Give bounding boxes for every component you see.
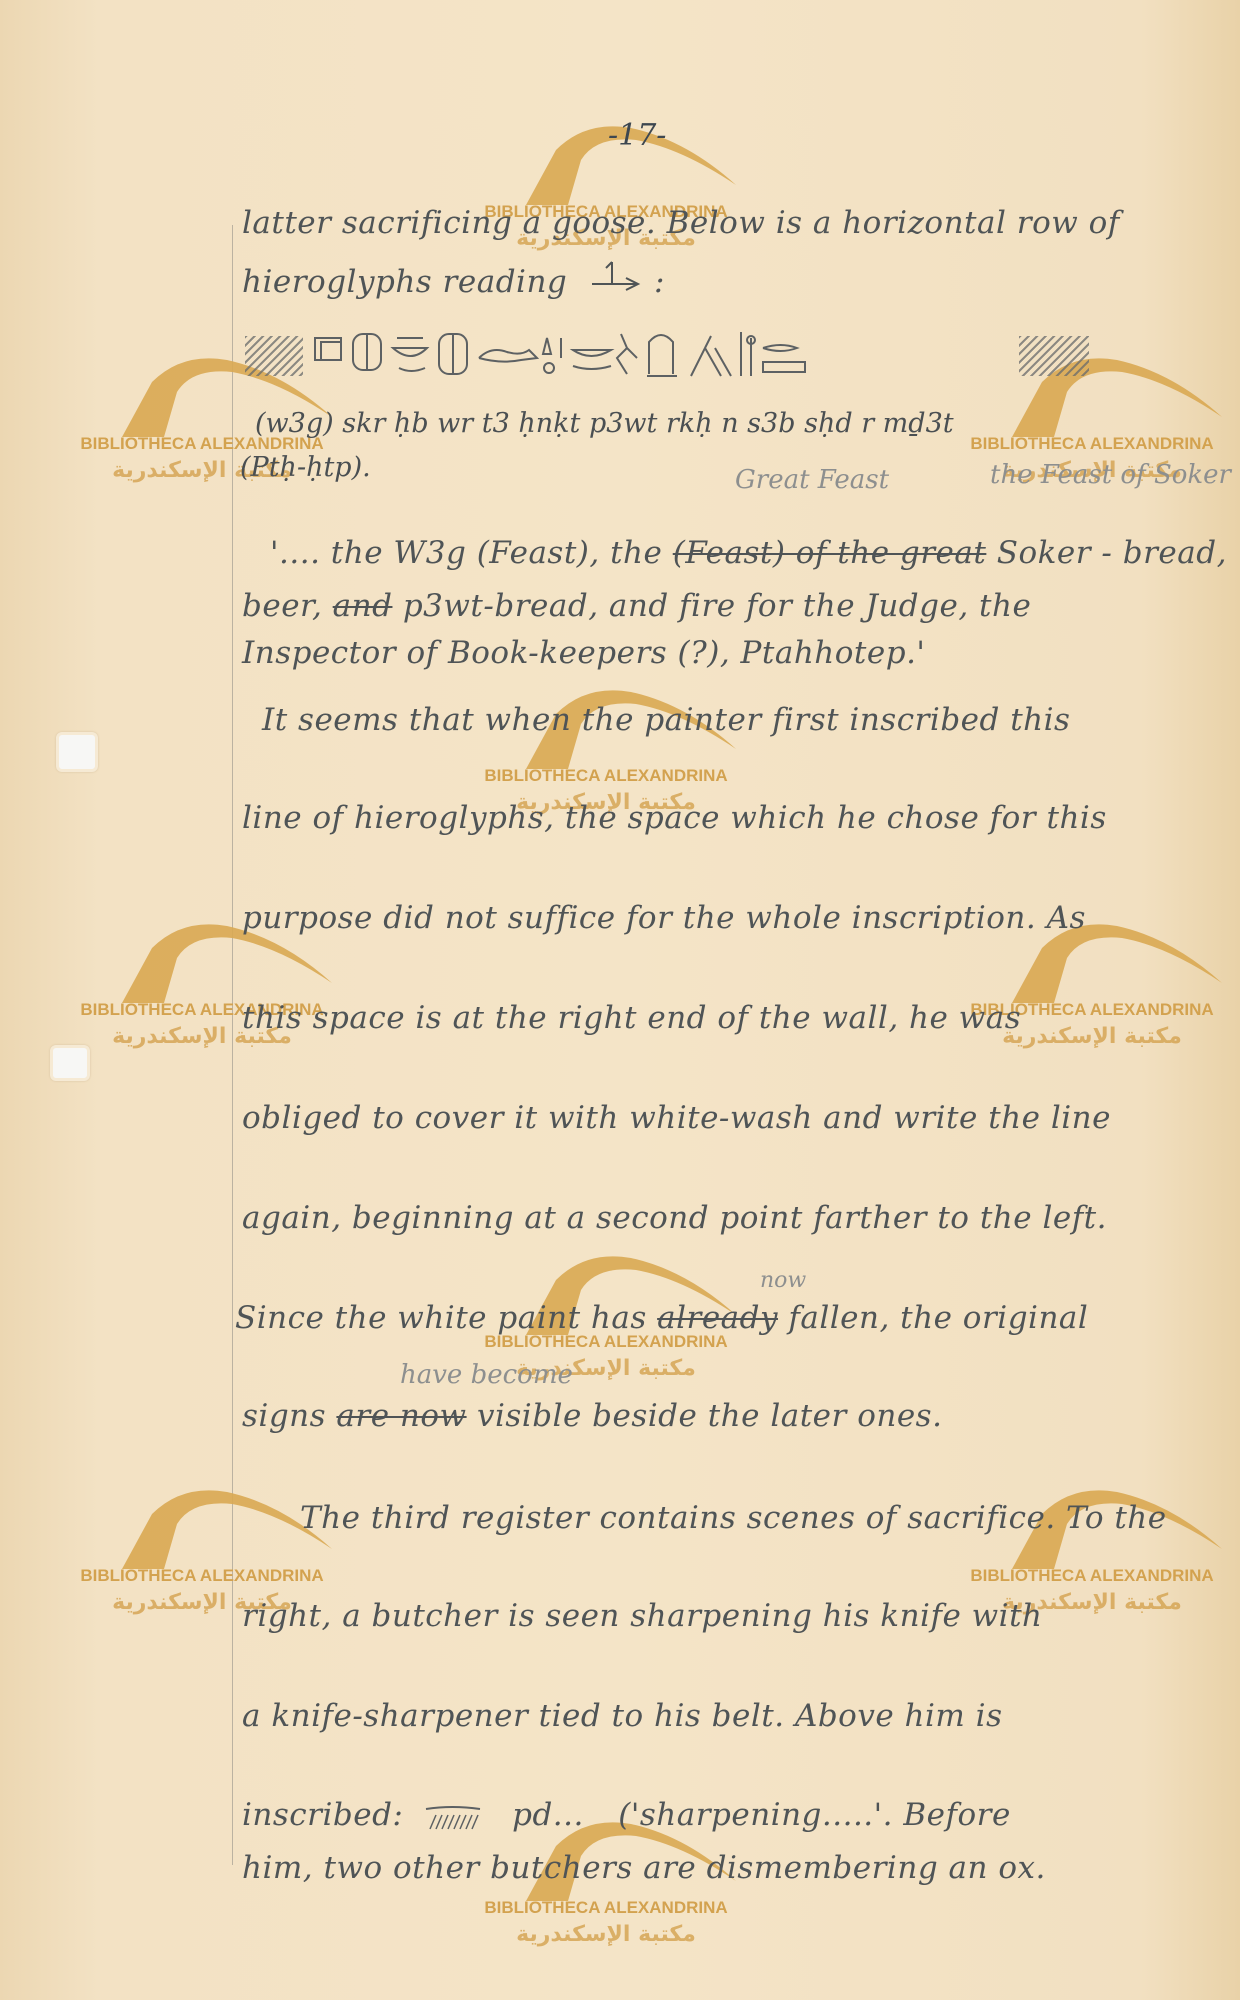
damaged-area (1019, 336, 1089, 376)
paragraph-1-line-1: It seems that when the painter first ins… (262, 702, 1070, 738)
paragraph-1-line-4: this space is at the right end of the wa… (242, 1000, 1021, 1036)
intro-line-2: hieroglyphs reading : (242, 258, 665, 300)
knife-sharpening-hieroglyph-icon (422, 1803, 484, 1831)
pencil-note-feast-of-soker: the Feast of Soker (990, 460, 1231, 490)
paragraph-1-line-6: again, beginning at a second point farth… (242, 1200, 1107, 1236)
insertion-have-become: have become (400, 1360, 573, 1390)
hieroglyph-row (245, 328, 1089, 384)
page-number: -17- (608, 118, 666, 153)
paragraph-2-line-3: a knife-sharpener tied to his belt. Abov… (242, 1698, 1003, 1734)
paragraph-2-line-1: The third register contains scenes of sa… (300, 1500, 1167, 1536)
insertion-now: now (760, 1268, 806, 1293)
paragraph-1-line-2: line of hieroglyphs, the space which he … (242, 800, 1107, 836)
direction-arrow-icon (588, 258, 644, 300)
transliteration-line-1: (w3g) skr ḥb wr t3 ḥnḳt p3wt rkḥ n s3b s… (255, 408, 954, 439)
transliteration-line-2: (Ptḥ-ḥtp). (240, 452, 371, 483)
paragraph-1-line-8: signs are now visible beside the later o… (242, 1398, 942, 1434)
damaged-area (245, 336, 303, 376)
pencil-note-great-feast: Great Feast (735, 465, 889, 495)
margin-rule (232, 225, 233, 1865)
punch-hole-top (56, 732, 98, 772)
translation-line-2: beer, and p3wt-bread, and fire for the J… (242, 588, 1031, 624)
paragraph-2-line-5: him, two other butchers are dismembering… (242, 1850, 1046, 1886)
paragraph-2-line-2: right, a butcher is seen sharpening his … (242, 1598, 1043, 1634)
translation-line-3: Inspector of Book-keepers (?), Ptahhotep… (242, 635, 925, 671)
paragraph-1-line-7: Since the white paint has already fallen… (235, 1300, 1088, 1336)
punch-hole-bottom (50, 1045, 90, 1081)
paragraph-1-line-3: purpose did not suffice for the whole in… (242, 900, 1086, 936)
intro-line-1: latter sacrificing a goose. Below is a h… (242, 205, 1120, 241)
paragraph-2-line-4: inscribed: pd... ('sharpening.....'. Bef… (242, 1797, 1011, 1833)
paragraph-1-line-5: obliged to cover it with white-wash and … (242, 1100, 1111, 1136)
translation-line-1: '.... the W3g (Feast), the (Feast) of th… (270, 535, 1227, 571)
hieroglyphs-icon (311, 328, 1011, 384)
